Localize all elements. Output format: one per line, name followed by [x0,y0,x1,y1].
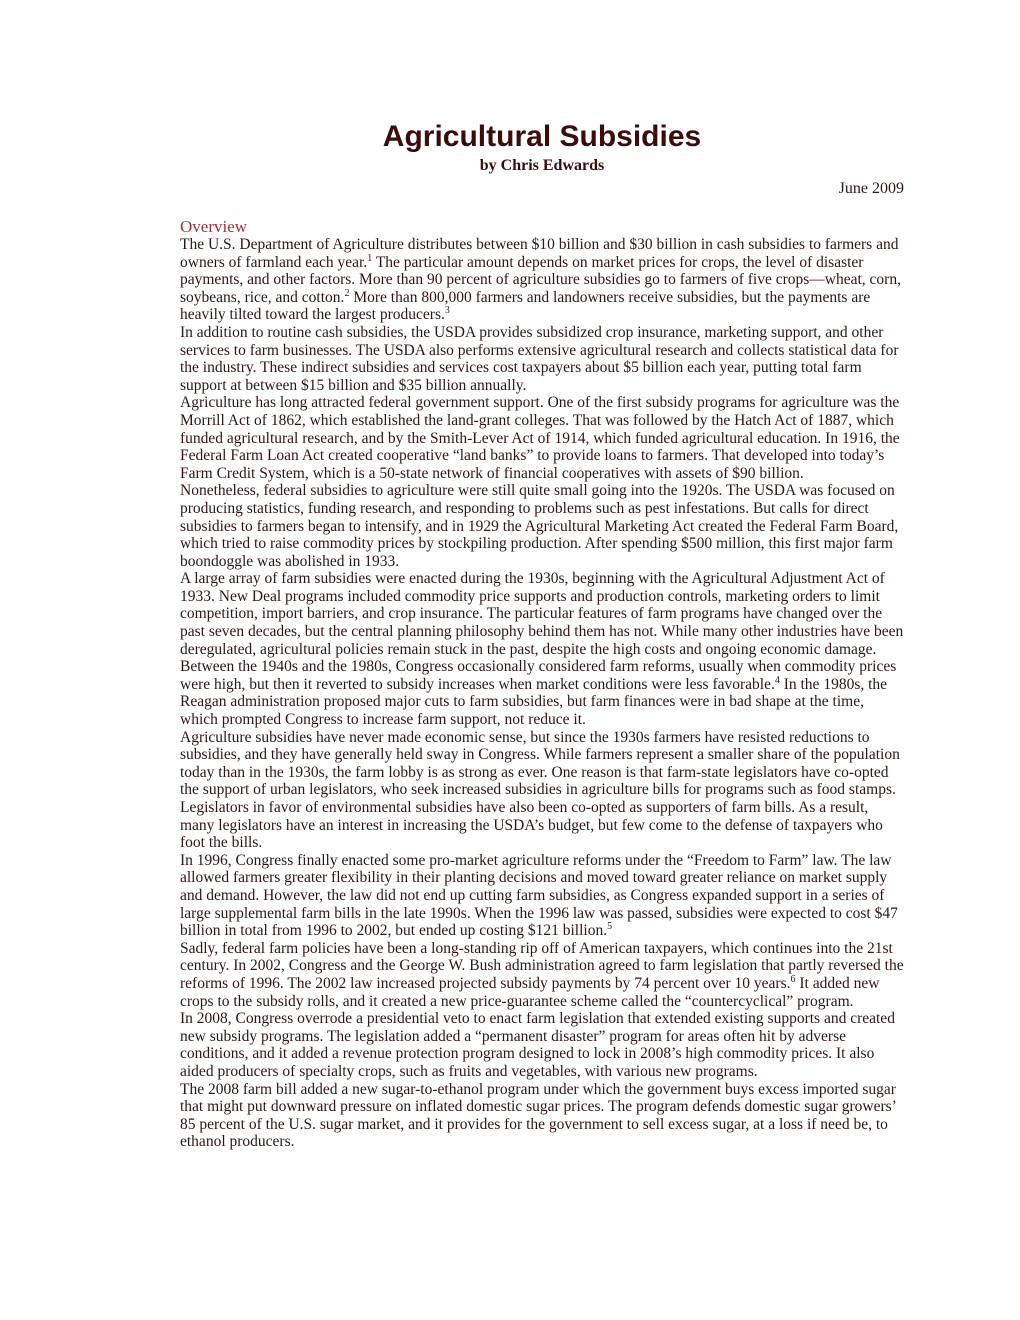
paragraph-text: The 2008 farm bill added a new sugar-to-… [180,1081,896,1151]
document-title: Agricultural Subsidies [180,120,904,154]
paragraph-text: In 1996, Congress finally enacted some p… [180,852,898,939]
paragraph: The 2008 farm bill added a new sugar-to-… [180,1081,904,1151]
paragraph: The U.S. Department of Agriculture distr… [180,236,904,324]
paragraph: Agriculture subsidies have never made ec… [180,729,904,852]
paragraph: Between the 1940s and the 1980s, Congres… [180,658,904,728]
paragraph-text: Agriculture subsidies have never made ec… [180,729,900,852]
paragraph-text: Nonetheless, federal subsidies to agricu… [180,482,898,569]
footnote-marker: 5 [607,921,612,932]
paragraph: Nonetheless, federal subsidies to agricu… [180,482,904,570]
document-page: Agricultural Subsidies by Chris Edwards … [180,120,904,1151]
paragraph-text: In 2008, Congress overrode a presidentia… [180,1010,895,1080]
paragraph-text: Agriculture has long attracted federal g… [180,394,900,481]
byline: by Chris Edwards [180,156,904,176]
paragraph-text: In addition to routine cash subsidies, t… [180,324,899,394]
paragraph: In 2008, Congress overrode a presidentia… [180,1010,904,1080]
paragraph: Agriculture has long attracted federal g… [180,394,904,482]
section-heading-overview: Overview [180,218,904,236]
document-body: The U.S. Department of Agriculture distr… [180,236,904,1151]
dateline: June 2009 [180,180,904,198]
footnote-marker: 3 [445,305,450,316]
paragraph: Sadly, federal farm policies have been a… [180,940,904,1010]
paragraph: A large array of farm subsidies were ena… [180,570,904,658]
paragraph: In 1996, Congress finally enacted some p… [180,852,904,940]
paragraph-text: A large array of farm subsidies were ena… [180,570,903,657]
paragraph: In addition to routine cash subsidies, t… [180,324,904,394]
